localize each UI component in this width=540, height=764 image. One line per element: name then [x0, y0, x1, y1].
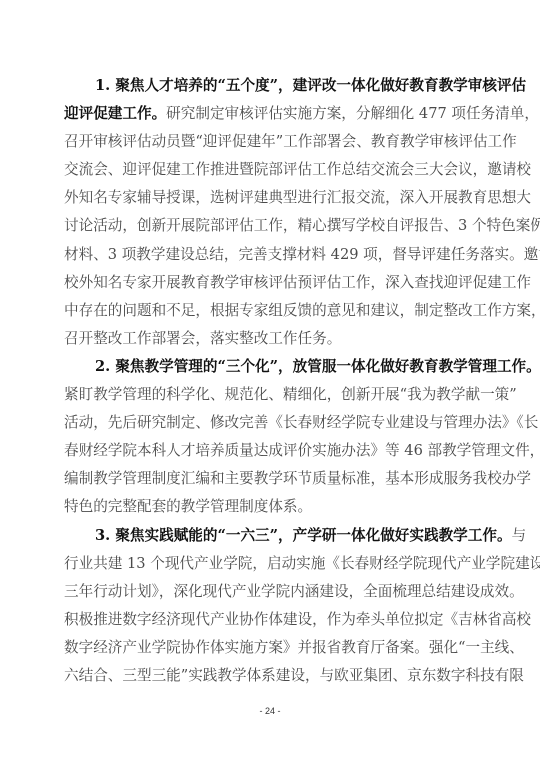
body-text: 研究制定审核评估实施方案，分解细化 477 项任务清单， — [166, 105, 539, 122]
paragraph-2-line-2: 紧盯教学管理的科学化、规范化、精细化，创新开展“我为教学献一策” — [64, 381, 477, 409]
paragraph-2-line-6: 特色的完整配套的教学管理制度体系。 — [64, 493, 477, 521]
paragraph-1-line-7: 材料、3 项教学建设总结，完善支撑材料 429 项，督导评建任务落实。邀请 — [64, 241, 477, 269]
paragraph-1-line-9: 中存在的问题和不足，根据专家组反馈的意见和建议，制定整改工作方案， — [64, 297, 477, 325]
paragraph-2-line-5: 编制教学管理制度汇编和主要教学环节质量标准，基本形成服务我校办学 — [64, 465, 477, 493]
paragraph-1-line-10: 召开整改工作部署会，落实整改工作任务。 — [64, 325, 477, 353]
document-body: 1. 聚焦人才培养的“五个度”，建评改一体化做好教育教学审核评估 迎评促建工作。… — [64, 72, 477, 690]
section-heading-cont: 迎评促建工作。 — [64, 105, 166, 122]
document-page: 1. 聚焦人才培养的“五个度”，建评改一体化做好教育教学审核评估 迎评促建工作。… — [0, 0, 540, 764]
paragraph-3-line-2: 行业共建 13 个现代产业学院，启动实施《长春财经学院现代产业学院建设 — [64, 550, 477, 578]
paragraph-1-line-3: 召开审核评估动员暨“迎评促建年”工作部署会、教育教学审核评估工作 — [64, 128, 477, 156]
paragraph-1-line-8: 校外知名专家开展教育教学审核评估预评估工作，深入查找迎评促建工作 — [64, 269, 477, 297]
paragraph-3-line-1: 3. 聚焦实践赋能的“一六三”，产学研一体化做好实践教学工作。与 — [64, 522, 477, 550]
paragraph-2-line-1: 2. 聚焦教学管理的“三个化”，放管服一体化做好教育教学管理工作。 — [64, 353, 477, 381]
paragraph-2-line-4: 春财经学院本科人才培养质量达成评价实施办法》等 46 部教学管理文件， — [64, 437, 477, 465]
paragraph-3-line-6: 六结合、三型三能”实践教学体系建设，与欧亚集团、京东数字科技有限 — [64, 662, 477, 690]
paragraph-2-line-3: 活动，先后研究制定、修改完善《长春财经学院专业建设与管理办法》《长 — [64, 409, 477, 437]
paragraph-3-line-4: 积极推进数字经济现代产业协作体建设，作为牵头单位拟定《吉林省高校 — [64, 606, 477, 634]
paragraph-3-line-5: 数字经济产业学院协作体实施方案》并报省教育厅备案。强化“一主线、 — [64, 634, 477, 662]
section-heading: 2. 聚焦教学管理的“三个化”，放管服一体化做好教育教学管理工作。 — [95, 358, 540, 375]
section-heading: 1. 聚焦人才培养的“五个度”，建评改一体化做好教育教学审核评估 — [95, 77, 526, 94]
body-text: 与 — [512, 527, 527, 544]
section-heading: 3. 聚焦实践赋能的“一六三”，产学研一体化做好实践教学工作。 — [95, 527, 512, 544]
paragraph-3-line-3: 三年行动计划》，深化现代产业学院内涵建设，全面梳理总结建设成效。 — [64, 578, 477, 606]
paragraph-1-line-5: 外知名专家辅导授课，选树评建典型进行汇报交流，深入开展教育思想大 — [64, 184, 477, 212]
paragraph-1-line-4: 交流会、迎评促建工作推进暨院部评估工作总结交流会三大会议，邀请校 — [64, 156, 477, 184]
paragraph-1-line-2: 迎评促建工作。研究制定审核评估实施方案，分解细化 477 项任务清单， — [64, 100, 477, 128]
paragraph-1-line-6: 讨论活动，创新开展院部评估工作，精心撰写学校自评报告、3 个特色案例 — [64, 212, 477, 240]
page-number: - 24 - — [0, 706, 540, 716]
paragraph-1-line-1: 1. 聚焦人才培养的“五个度”，建评改一体化做好教育教学审核评估 — [64, 72, 477, 100]
